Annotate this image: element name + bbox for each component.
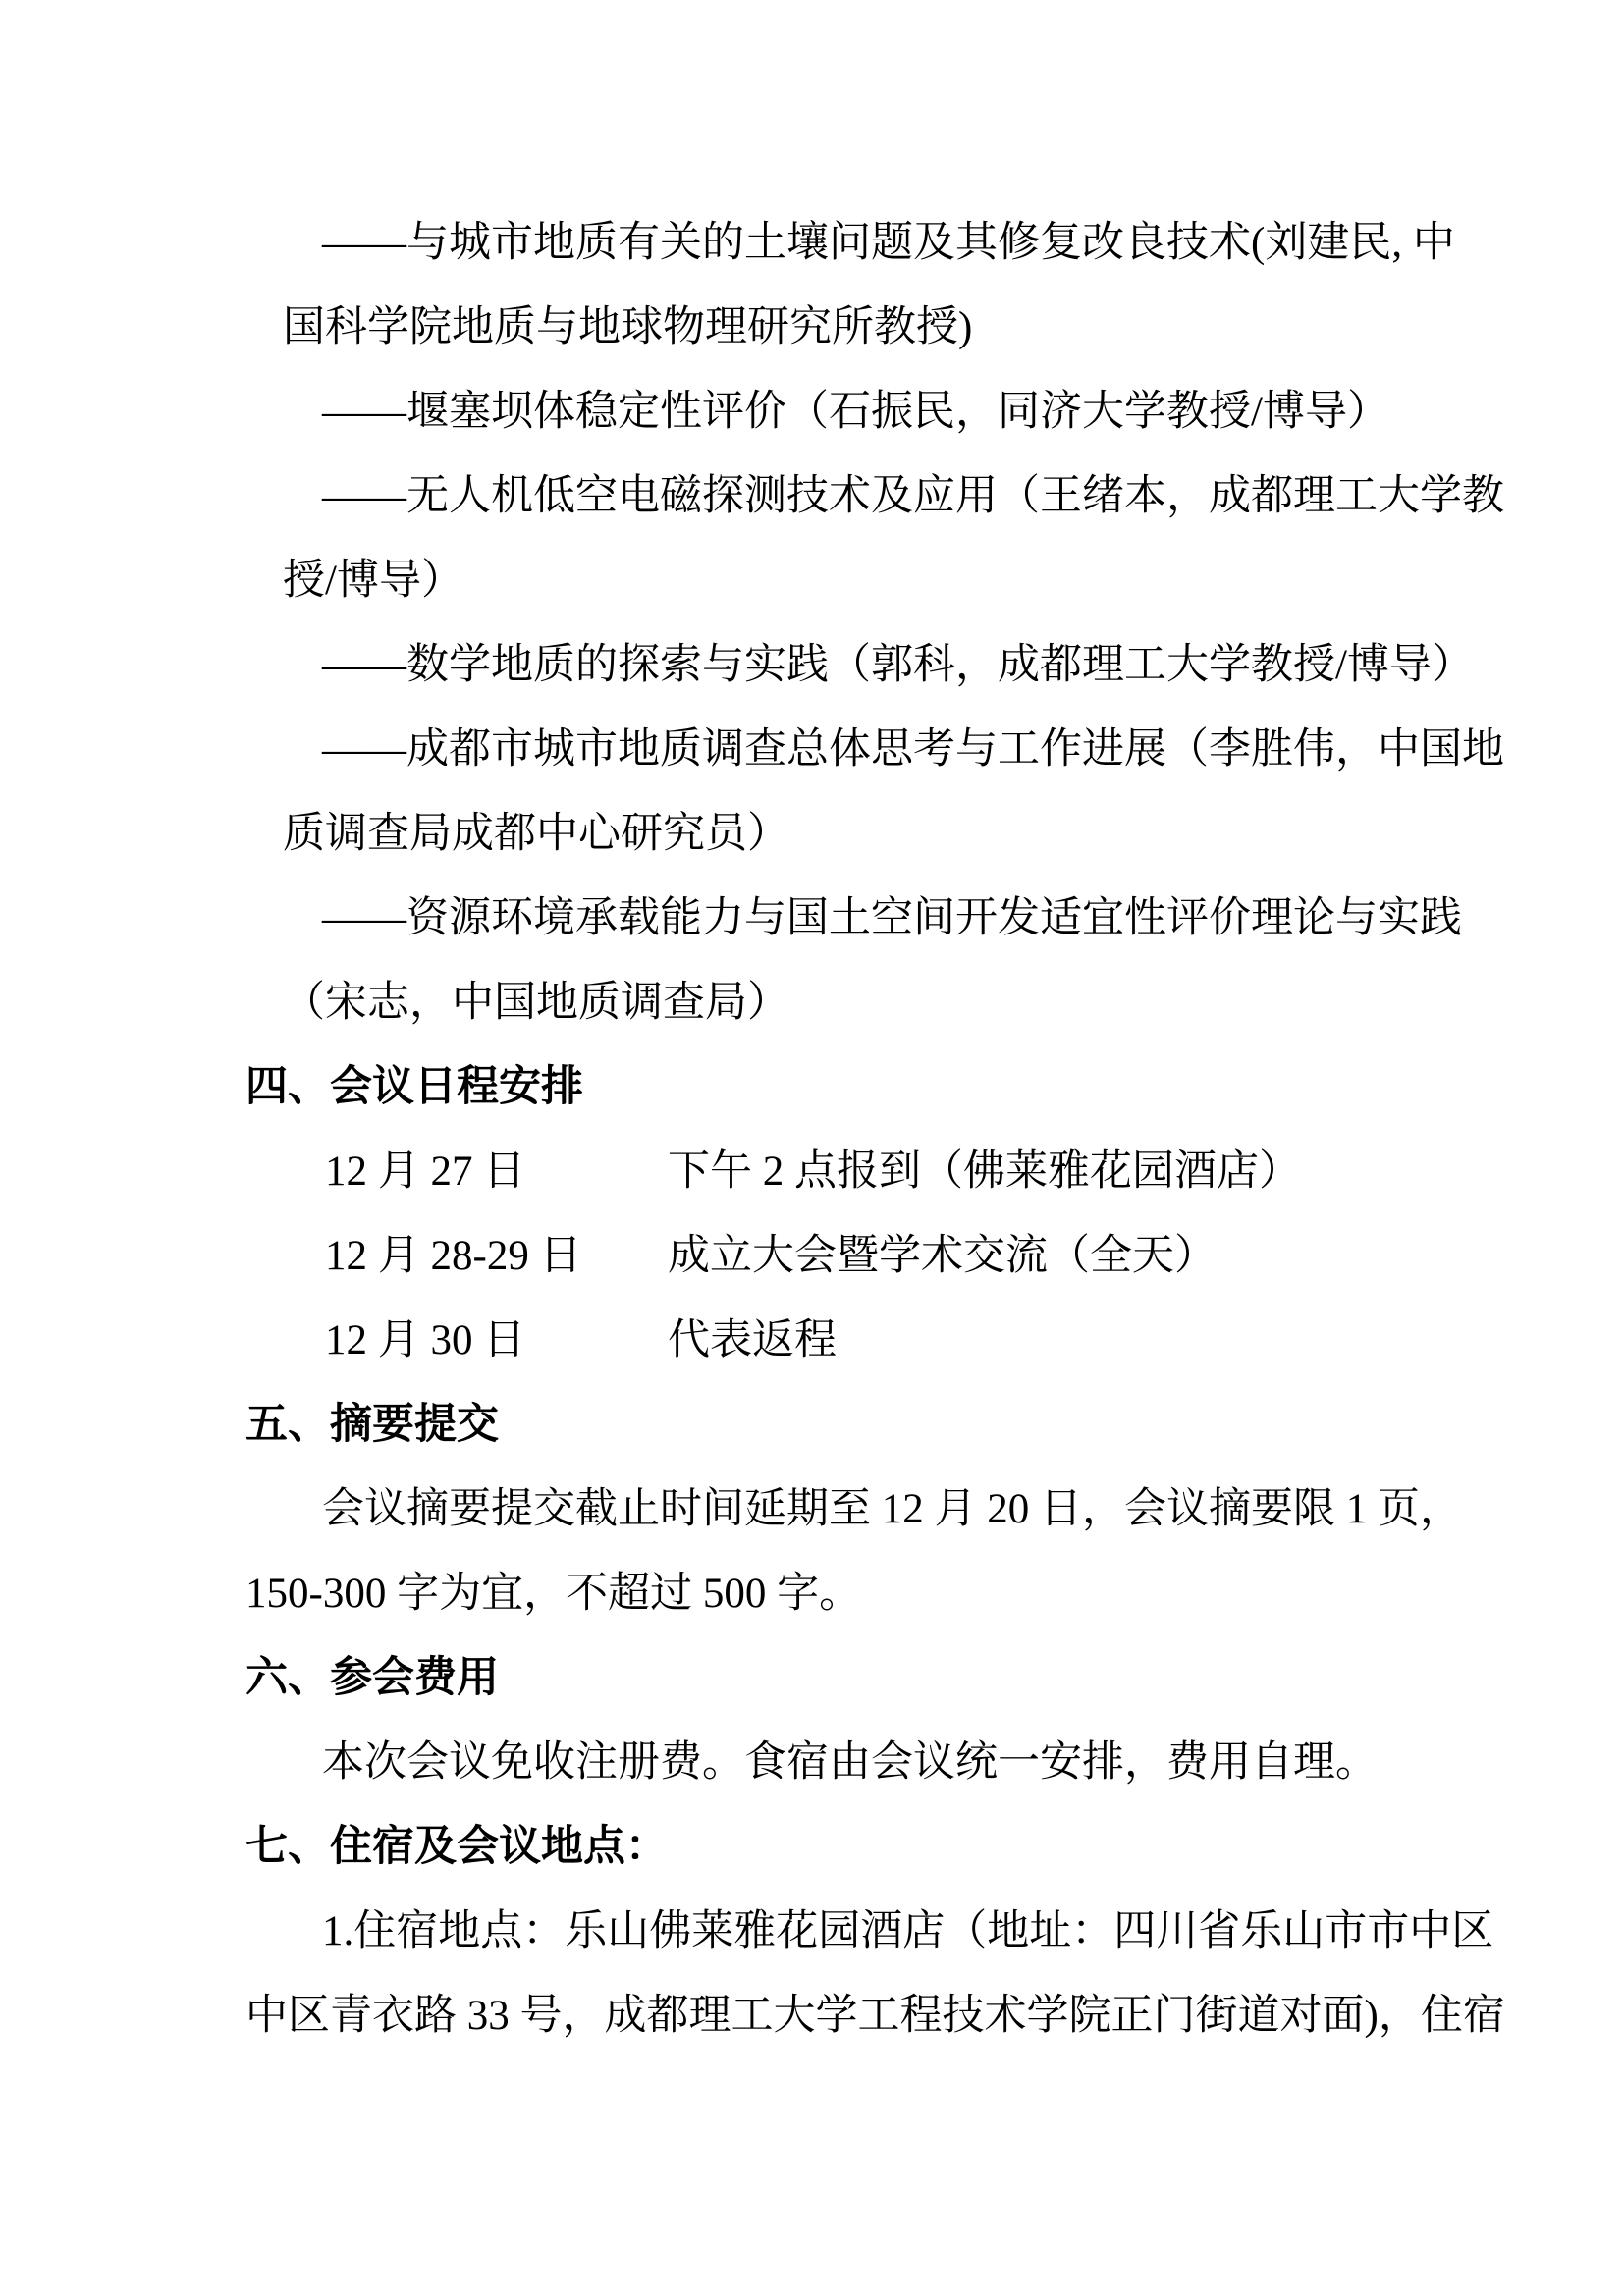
- section-heading: 六、参会费用: [245, 1636, 1502, 1721]
- schedule-date: 12 月 27 日: [325, 1130, 668, 1214]
- text-line: ——数学地质的探索与实践（郭科，成都理工大学教授/博导）: [245, 623, 1502, 708]
- schedule-description: 代表返程: [668, 1317, 837, 1363]
- text-line: 12 月 27 日下午 2 点报到（佛莱雅花园酒店）: [245, 1130, 1502, 1214]
- document-page: ——与城市地质有关的土壤问题及其修复改良技术(刘建民, 中国科学院地质与地球物理…: [0, 0, 1624, 2296]
- text-line: 12 月 30 日代表返程: [245, 1299, 1502, 1383]
- document-body: ——与城市地质有关的土壤问题及其修复改良技术(刘建民, 中国科学院地质与地球物理…: [245, 201, 1502, 2058]
- text-line: ——成都市城市地质调查总体思考与工作进展（李胜伟，中国地: [245, 708, 1502, 792]
- text-line: 12 月 28-29 日成立大会暨学术交流（全天）: [245, 1214, 1502, 1299]
- schedule-description: 成立大会暨学术交流（全天）: [668, 1233, 1217, 1279]
- schedule-date: 12 月 28-29 日: [325, 1214, 668, 1299]
- section-heading: 四、会议日程安排: [245, 1045, 1502, 1130]
- text-line: 本次会议免收注册费。食宿由会议统一安排，费用自理。: [245, 1721, 1502, 1805]
- text-line: 国科学院地质与地球物理研究所教授): [245, 286, 1502, 370]
- schedule-date: 12 月 30 日: [325, 1299, 668, 1383]
- text-line: ——与城市地质有关的土壤问题及其修复改良技术(刘建民, 中: [245, 201, 1502, 286]
- text-line: 授/博导）: [245, 539, 1502, 623]
- text-line: ——无人机低空电磁探测技术及应用（王绪本，成都理工大学教: [245, 454, 1502, 539]
- section-heading: 五、摘要提交: [245, 1383, 1502, 1468]
- text-line: （宋志，中国地质调查局）: [245, 961, 1502, 1045]
- text-line: 1.住宿地点：乐山佛莱雅花园酒店（地址：四川省乐山市市中区: [245, 1890, 1502, 1974]
- text-line: 会议摘要提交截止时间延期至 12 月 20 日，会议摘要限 1 页，: [245, 1468, 1502, 1552]
- schedule-description: 下午 2 点报到（佛莱雅花园酒店）: [668, 1148, 1301, 1195]
- text-line: ——堰塞坝体稳定性评价（石振民，同济大学教授/博导）: [245, 370, 1502, 454]
- section-heading: 七、住宿及会议地点：: [245, 1805, 1502, 1890]
- text-line: 150-300 字为宜，不超过 500 字。: [245, 1552, 1502, 1636]
- text-line: ——资源环境承载能力与国土空间开发适宜性评价理论与实践: [245, 877, 1502, 961]
- text-line: 质调查局成都中心研究员）: [245, 792, 1502, 877]
- text-line: 中区青衣路 33 号，成都理工大学工程技术学院正门街道对面)，住宿: [245, 1974, 1502, 2058]
